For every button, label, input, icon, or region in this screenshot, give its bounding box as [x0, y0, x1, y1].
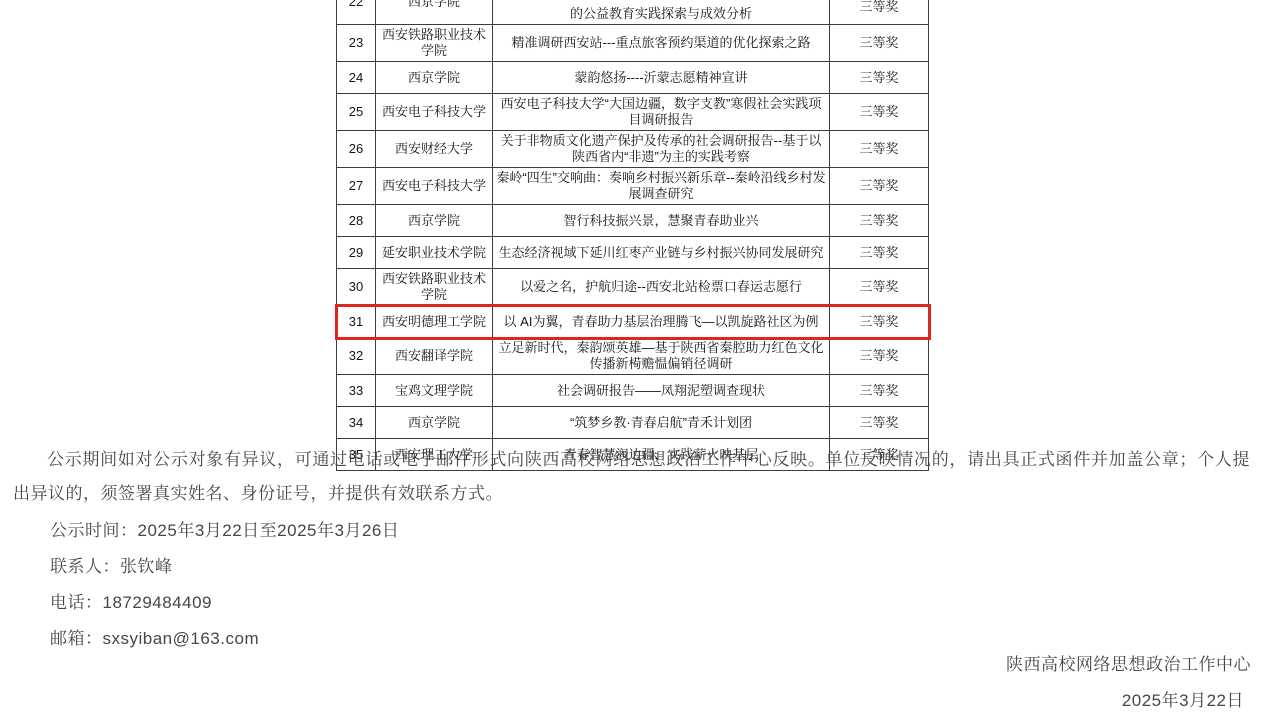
cell-award: 三等奖	[830, 338, 929, 375]
table-row: 27西安电子科技大学秦岭“四生”交响曲：奏响乡村振兴新乐章--秦岭沿线乡村发展调…	[337, 168, 929, 205]
table-row: 30西安铁路职业技术学院以爱之名，护航归途--西安北站检票口春运志愿行三等奖	[337, 269, 929, 306]
cell-university: 西安财经大学	[376, 131, 493, 168]
cell-award: 三等奖	[830, 269, 929, 306]
cell-award: 三等奖	[830, 237, 929, 269]
cell-no: 33	[337, 375, 376, 407]
publicity-time: 公示时间：2025年3月22日至2025年3月26日	[0, 513, 1267, 549]
cell-award: 三等奖	[830, 94, 929, 131]
cell-award: 三等奖	[830, 62, 929, 94]
cell-no: 23	[337, 25, 376, 62]
cell-title: 西安电子科技大学“大国边疆，数字支教”寒假社会实践项目调研报告	[493, 94, 830, 131]
cell-no: 34	[337, 407, 376, 439]
awards-table-body: 22西京学院的公益教育实践探索与成效分析三等奖23西安铁路职业技术学院精准调研西…	[337, 0, 929, 471]
contact-person: 联系人：张钦峰	[0, 549, 1267, 585]
cell-no: 27	[337, 168, 376, 205]
cell-no: 32	[337, 338, 376, 375]
table-row: 22西京学院的公益教育实践探索与成效分析三等奖	[337, 0, 929, 25]
table-row: 29延安职业技术学院生态经济视域下延川红枣产业链与乡村振兴协同发展研究三等奖	[337, 237, 929, 269]
notice-section: 公示期间如对公示对象有异议，可通过电话或电子邮件形式向陕西高校网络思想政治工作中…	[0, 443, 1267, 657]
cell-university: 西安电子科技大学	[376, 94, 493, 131]
table-row: 24西京学院蒙韵悠扬----沂蒙志愿精神宣讲三等奖	[337, 62, 929, 94]
cell-no: 28	[337, 205, 376, 237]
cell-no: 26	[337, 131, 376, 168]
cell-no: 24	[337, 62, 376, 94]
cell-title: 关于非物质文化遗产保护及传承的社会调研报告--基于以陕西省内“非遗”为主的实践考…	[493, 131, 830, 168]
contact-email: 邮箱：sxsyiban@163.com	[0, 621, 1267, 657]
cell-title: 的公益教育实践探索与成效分析	[493, 0, 830, 25]
table-row: 33宝鸡文理学院社会调研报告——凤翔泥塑调查现状三等奖	[337, 375, 929, 407]
cell-award: 三等奖	[830, 25, 929, 62]
cell-no: 30	[337, 269, 376, 306]
cell-university: 西安电子科技大学	[376, 168, 493, 205]
awards-table-area: 22西京学院的公益教育实践探索与成效分析三等奖23西安铁路职业技术学院精准调研西…	[336, 0, 929, 471]
cell-award: 三等奖	[830, 306, 929, 338]
document-page: 22西京学院的公益教育实践探索与成效分析三等奖23西安铁路职业技术学院精准调研西…	[0, 0, 1267, 719]
cell-award: 三等奖	[830, 131, 929, 168]
cell-title: 精准调研西安站---重点旅客预约渠道的优化探索之路	[493, 25, 830, 62]
cell-title: “筑梦乡教·青春启航”青禾计划团	[493, 407, 830, 439]
cell-award: 三等奖	[830, 205, 929, 237]
cell-university: 西京学院	[376, 0, 493, 25]
cell-university: 宝鸡文理学院	[376, 375, 493, 407]
cell-award: 三等奖	[830, 375, 929, 407]
cell-university: 西京学院	[376, 205, 493, 237]
cell-award: 三等奖	[830, 168, 929, 205]
cell-university: 西安翻译学院	[376, 338, 493, 375]
cell-university: 西安铁路职业技术学院	[376, 269, 493, 306]
cell-award: 三等奖	[830, 0, 929, 25]
cell-title: 智行科技振兴景，慧聚青春助业兴	[493, 205, 830, 237]
table-row: 25西安电子科技大学西安电子科技大学“大国边疆，数字支教”寒假社会实践项目调研报…	[337, 94, 929, 131]
cell-university: 西安明德理工学院	[376, 306, 493, 338]
table-row: 32西安翻译学院立足新时代，秦韵颂英雄—基于陕西省秦腔助力红色文化传播新槆赡愠偏…	[337, 338, 929, 375]
cell-university: 西安铁路职业技术学院	[376, 25, 493, 62]
signature-date: 2025年3月22日	[1006, 689, 1267, 713]
cell-university: 延安职业技术学院	[376, 237, 493, 269]
cell-title: 蒙韵悠扬----沂蒙志愿精神宣讲	[493, 62, 830, 94]
cell-award: 三等奖	[830, 407, 929, 439]
table-row: 31西安明德理工学院以 AI为翼，青春助力基层治理腾飞—以凯旋路社区为例三等奖	[337, 306, 929, 338]
cell-title: 以 AI为翼，青春助力基层治理腾飞—以凯旋路社区为例	[493, 306, 830, 338]
cell-title: 立足新时代，秦韵颂英雄—基于陕西省秦腔助力红色文化传播新槆赡愠偏销径调研	[493, 338, 830, 375]
signature-block: 陕西高校网络思想政治工作中心 2025年3月22日	[1006, 653, 1267, 713]
cell-no: 31	[337, 306, 376, 338]
cell-title: 以爱之名，护航归途--西安北站检票口春运志愿行	[493, 269, 830, 306]
table-row: 26西安财经大学关于非物质文化遗产保护及传承的社会调研报告--基于以陕西省内“非…	[337, 131, 929, 168]
table-row: 34西京学院“筑梦乡教·青春启航”青禾计划团三等奖	[337, 407, 929, 439]
cell-no: 29	[337, 237, 376, 269]
notice-paragraph: 公示期间如对公示对象有异议，可通过电话或电子邮件形式向陕西高校网络思想政治工作中…	[0, 443, 1267, 511]
awards-table: 22西京学院的公益教育实践探索与成效分析三等奖23西安铁路职业技术学院精准调研西…	[336, 0, 929, 471]
cell-title: 社会调研报告——凤翔泥塑调查现状	[493, 375, 830, 407]
table-row: 23西安铁路职业技术学院精准调研西安站---重点旅客预约渠道的优化探索之路三等奖	[337, 25, 929, 62]
cell-title: 生态经济视域下延川红枣产业链与乡村振兴协同发展研究	[493, 237, 830, 269]
signature-org: 陕西高校网络思想政治工作中心	[1006, 653, 1267, 677]
contact-phone: 电话：18729484409	[0, 585, 1267, 621]
cell-university: 西京学院	[376, 407, 493, 439]
cell-no: 22	[337, 0, 376, 25]
cell-title: 秦岭“四生”交响曲：奏响乡村振兴新乐章--秦岭沿线乡村发展调查研究	[493, 168, 830, 205]
table-row: 28西京学院智行科技振兴景，慧聚青春助业兴三等奖	[337, 205, 929, 237]
cell-no: 25	[337, 94, 376, 131]
cell-university: 西京学院	[376, 62, 493, 94]
